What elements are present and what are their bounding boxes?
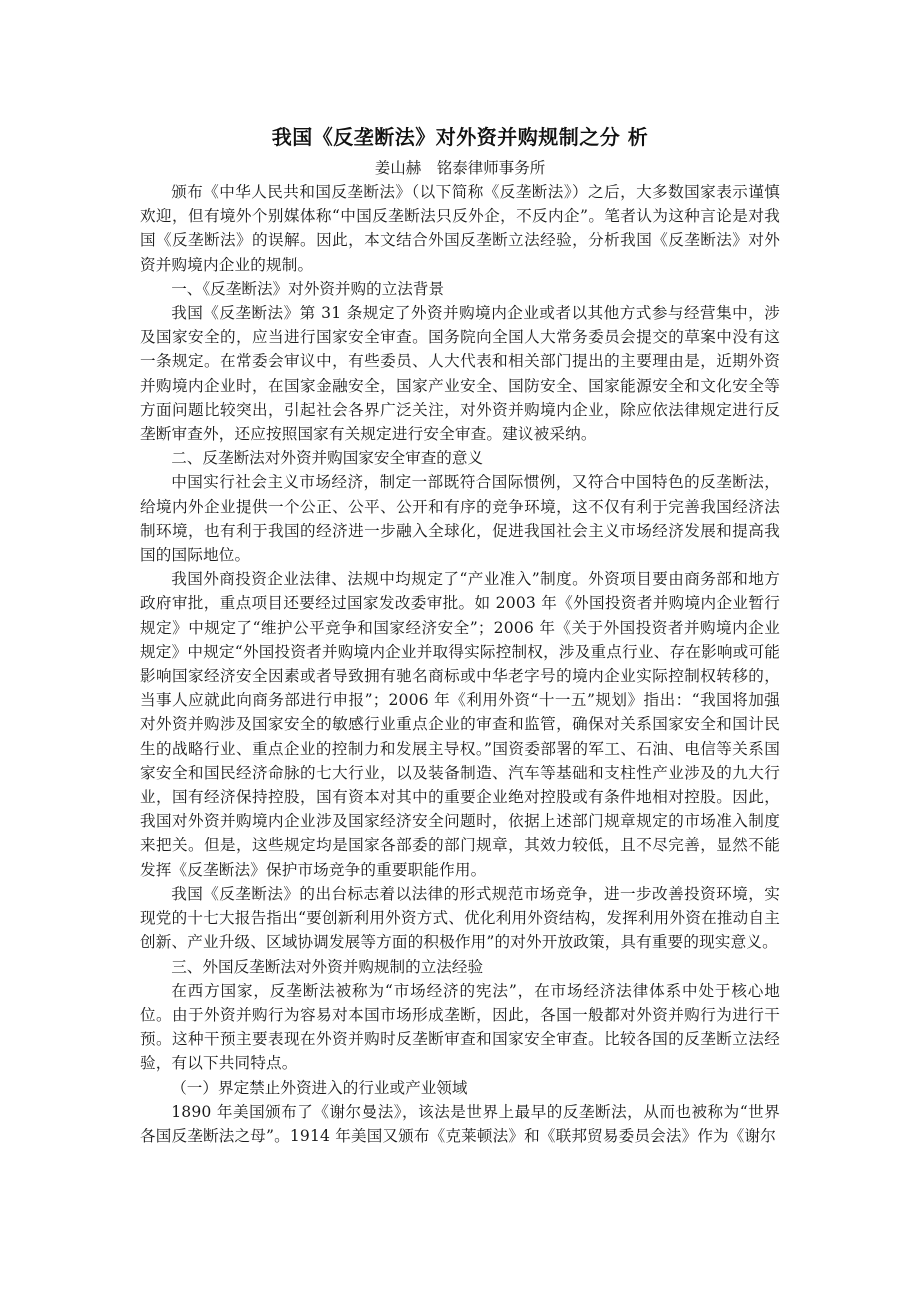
section-2-paragraph-1: 中国实行社会主义市场经济，制定一部既符合国际惯例，又符合中国特色的反垄断法，给境… [140, 470, 780, 567]
section-heading-3: 三、外国反垄断法对外资并购规制的立法经验 [140, 955, 780, 979]
section-2-paragraph-3: 我国《反垄断法》的出台标志着以法律的形式规范市场竞争，进一步改善投资环境，实现党… [140, 882, 780, 955]
subsection-1-paragraph: 1890 年美国颁布了《谢尔曼法》，该法是世界上最早的反垄断法，从而也被称为“世… [140, 1100, 780, 1148]
section-2-paragraph-2: 我国外商投资企业法律、法规中均规定了“产业准入”制度。外资项目要由商务部和地方政… [140, 567, 780, 882]
section-1-paragraph: 我国《反垄断法》第 31 条规定了外资并购境内企业或者以其他方式参与经营集中，涉… [140, 301, 780, 446]
intro-paragraph: 颁布《中华人民共和国反垄断法》（以下简称《反垄断法》）之后，大多数国家表示谨慎欢… [140, 180, 780, 277]
document-page: 我国《反垄断法》对外资并购规制之分 析 姜山赫 铭泰律师事务所 颁布《中华人民共… [140, 122, 780, 1148]
author-byline: 姜山赫 铭泰律师事务所 [140, 156, 780, 180]
subsection-heading-1: （一）界定禁止外资进入的行业或产业领域 [140, 1076, 780, 1100]
section-heading-2: 二、反垄断法对外资并购国家安全审查的意义 [140, 446, 780, 470]
section-heading-1: 一、《反垄断法》对外资并购的立法背景 [140, 277, 780, 301]
document-title: 我国《反垄断法》对外资并购规制之分 析 [140, 122, 780, 152]
section-3-paragraph-1: 在西方国家，反垄断法被称为“市场经济的宪法”，在市场经济法律体系中处于核心地位。… [140, 979, 780, 1076]
